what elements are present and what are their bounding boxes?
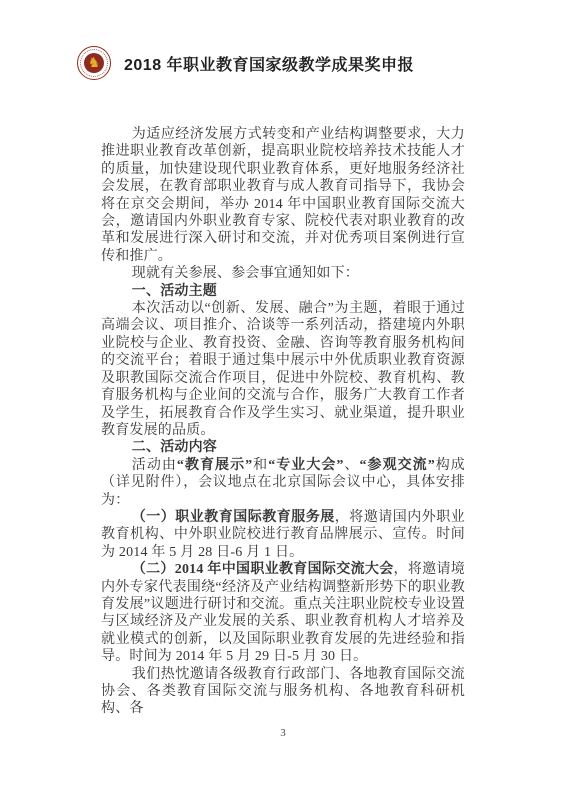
text-run: 本次活动以“创新、发展、融合”为主题，着眼于通过高端会议、项目推介、洽谈等一系列… — [101, 301, 465, 438]
paragraph: 现就有关参展、参会事宜通知如下： — [101, 265, 465, 282]
text-run: ，将邀请境内外专家代表围绕“经济及产业结构调整新形势下的职业教育发展”议题进行研… — [101, 562, 465, 664]
page-number: 3 — [280, 727, 286, 739]
text-run: “专业大会” — [268, 458, 343, 473]
text-run: “参观交流” — [360, 458, 435, 473]
text-run: 和 — [252, 458, 268, 473]
page-footer: 3 — [0, 727, 566, 739]
paragraph: 我们热忱邀请各级教育行政部门、各地教育国际交流协会、各类教育国际交流与服务机构、… — [101, 666, 465, 718]
text-run: 为适应经济发展方式转变和产业结构调整要求，大力推进职业教育改革创新，提高职业院校… — [101, 127, 465, 264]
text-run: （二）2014 年中国职业教育国际交流大会 — [132, 562, 394, 577]
text-run: “教育展示” — [177, 458, 252, 473]
association-seal: ♞ — [77, 46, 111, 80]
paragraph: 为适应经济发展方式转变和产业结构调整要求，大力推进职业教育改革创新，提高职业院校… — [101, 126, 465, 265]
paragraph: 本次活动以“创新、发展、融合”为主题，着眼于通过高端会议、项目推介、洽谈等一系列… — [101, 300, 465, 439]
text-run: 、 — [344, 458, 360, 473]
section-heading: 一、活动主题 — [101, 283, 465, 300]
document-title: 2018 年职业教育国家级教学成果奖申报 — [124, 52, 414, 75]
text-run: 现就有关参展、参会事宜通知如下： — [132, 266, 359, 281]
document-header: ♞ 2018 年职业教育国家级教学成果奖申报 — [77, 46, 414, 80]
document-body: 为适应经济发展方式转变和产业结构调整要求，大力推进职业教育改革创新，提高职业院校… — [101, 126, 465, 718]
document-page: ♞ 2018 年职业教育国家级教学成果奖申报 为适应经济发展方式转变和产业结构调… — [0, 0, 566, 800]
horse-emblem-icon: ♞ — [84, 53, 104, 73]
text-run: 一、活动主题 — [132, 284, 217, 299]
text-run: 二、活动内容 — [132, 440, 217, 455]
paragraph: （一）职业教育国际教育服务展，将邀请国内外职业教育机构、中外职业院校进行教育品牌… — [101, 509, 465, 561]
text-run: 活动由 — [132, 458, 177, 473]
paragraph: 活动由“教育展示”和“专业大会”、“参观交流”构成（详见附件），会议地点在北京国… — [101, 457, 465, 509]
text-run: 我们热忱邀请各级教育行政部门、各地教育国际交流协会、各类教育国际交流与服务机构、… — [101, 667, 465, 717]
paragraph: （二）2014 年中国职业教育国际交流大会，将邀请境内外专家代表围绕“经济及产业… — [101, 561, 465, 665]
section-heading: 二、活动内容 — [101, 439, 465, 456]
text-run: （一）职业教育国际教育服务展 — [132, 510, 335, 525]
